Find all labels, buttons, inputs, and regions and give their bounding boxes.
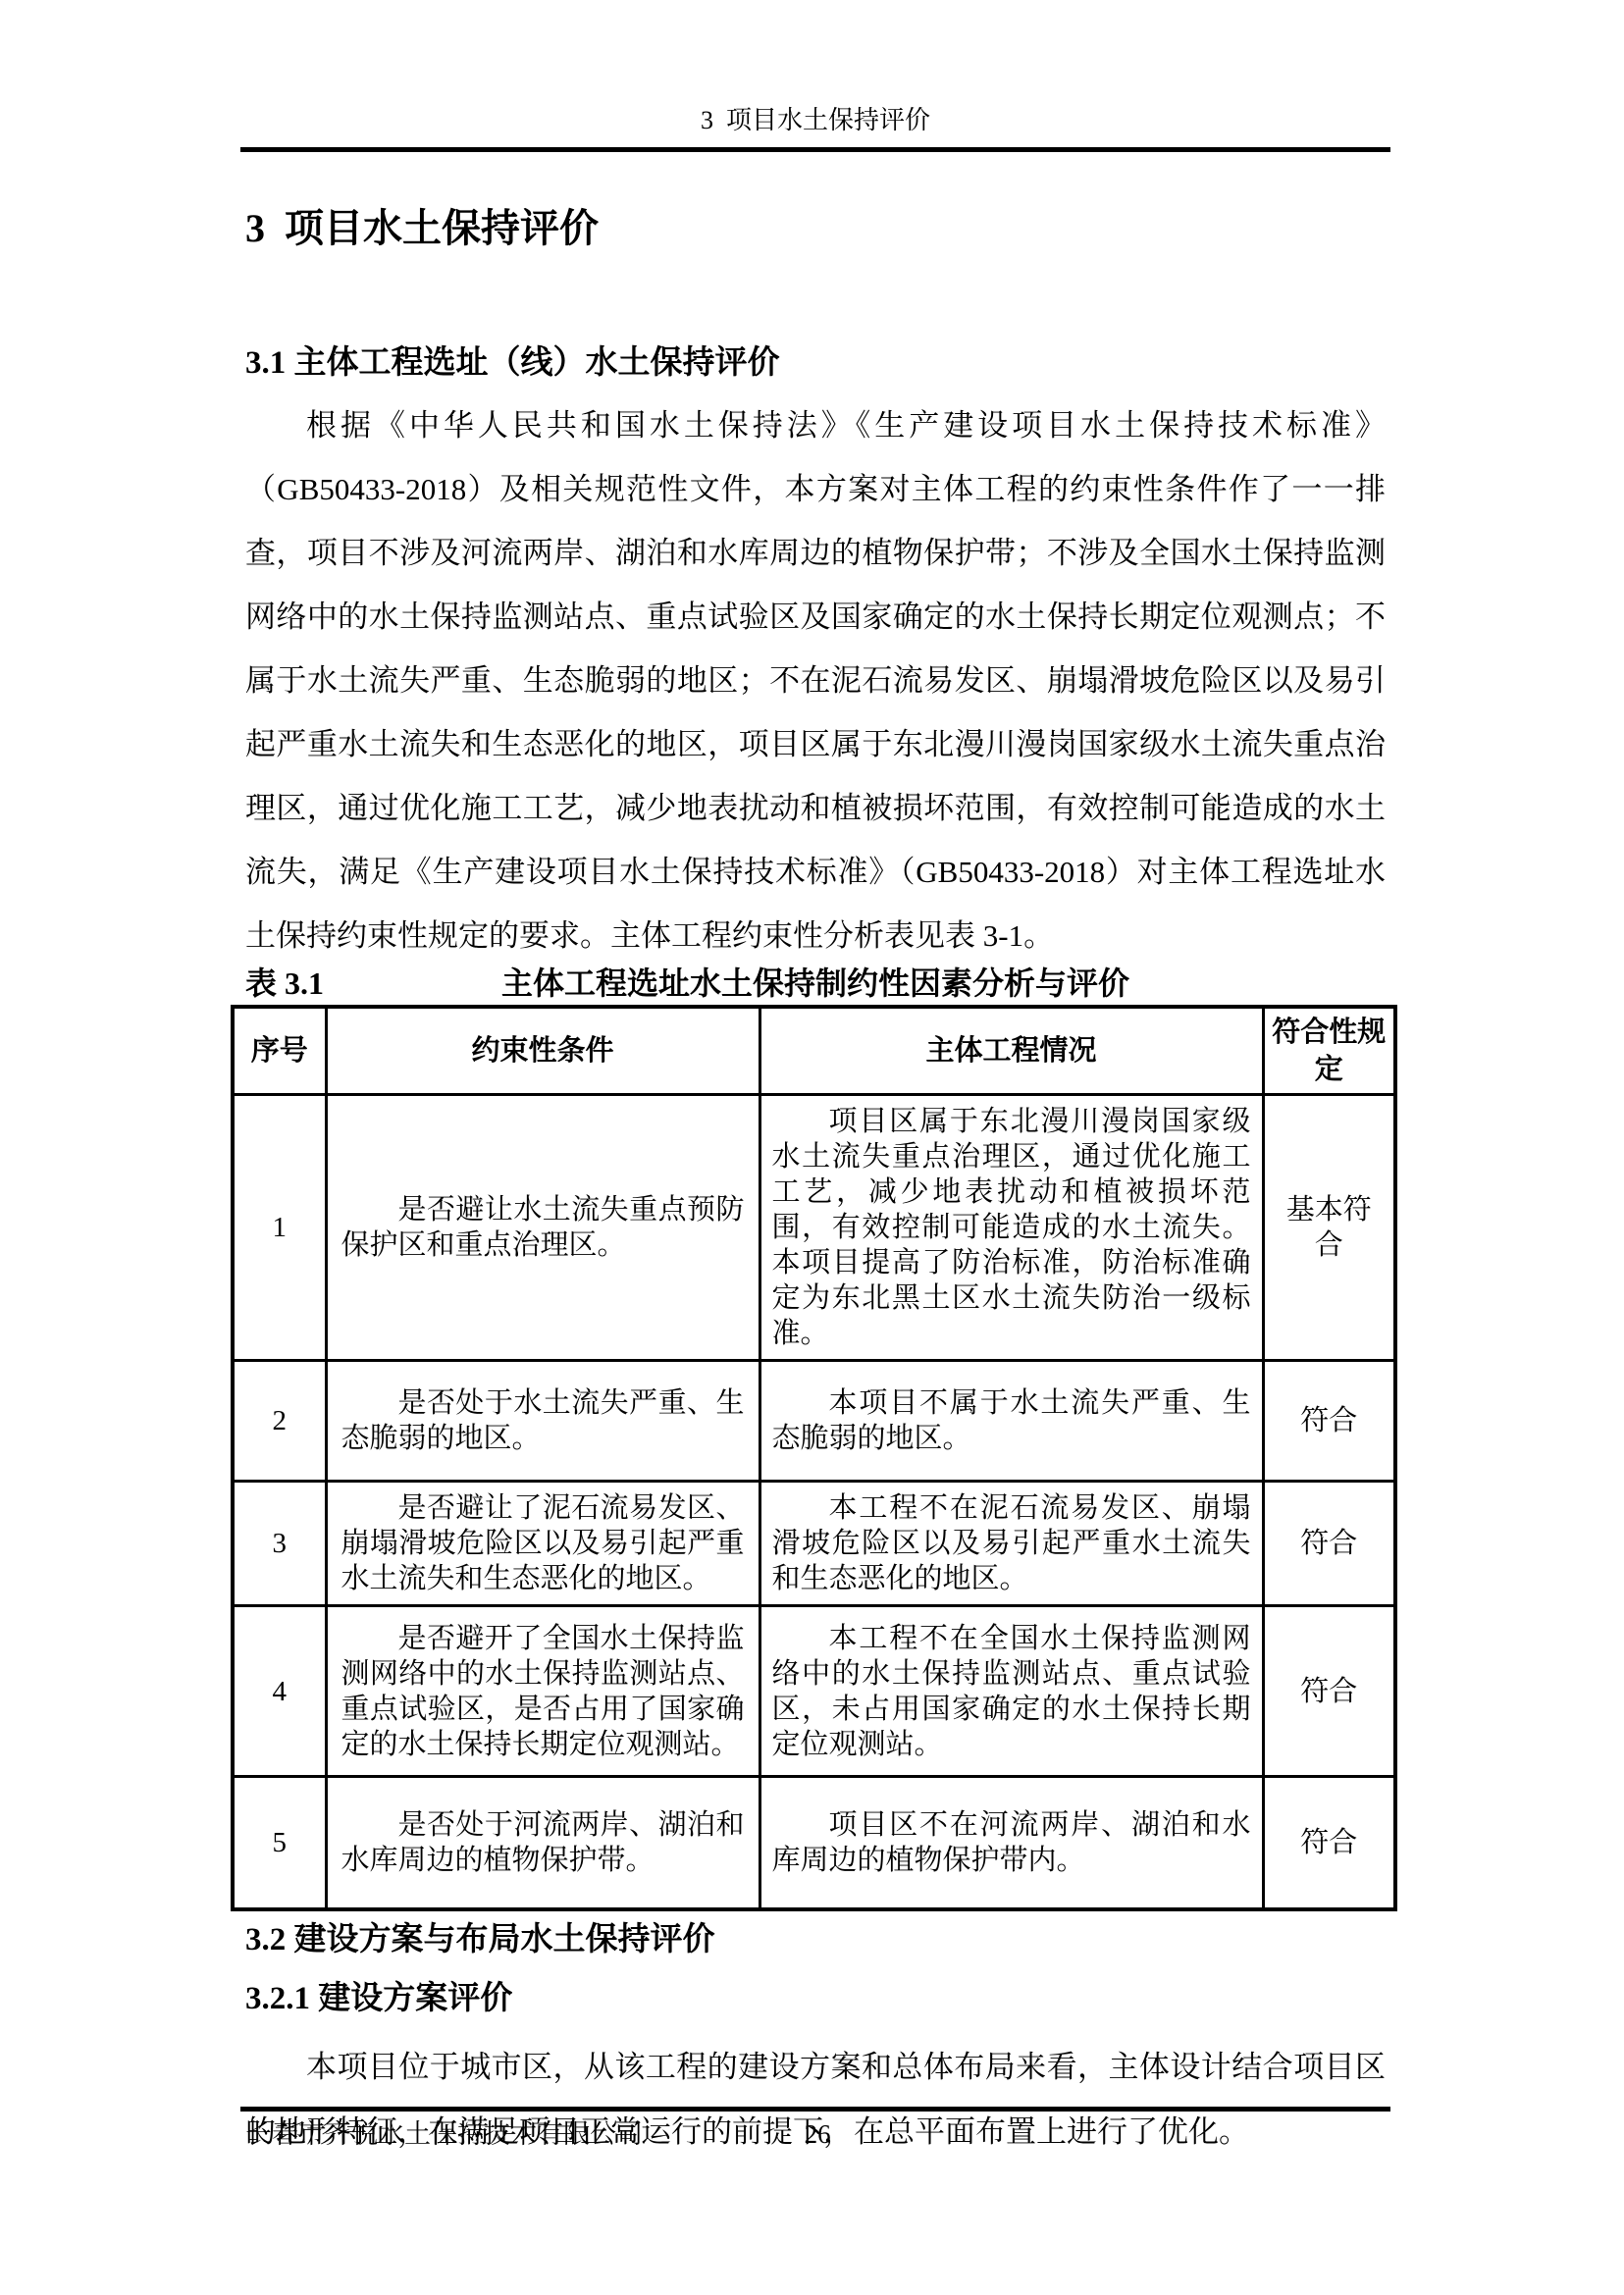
row1-condition: 是否避让水土流失重点预防保护区和重点治理区。 <box>326 1095 760 1361</box>
header-rule <box>240 147 1390 152</box>
document-title: 3 项目水土保持评价 <box>245 203 1386 254</box>
page-body: 3 项目水土保持评价 3.1 主体工程选址（线）水土保持评价 根据《中华人民共和… <box>245 191 1386 2165</box>
row5-no: 5 <box>233 1777 326 1909</box>
row3-condition: 是否避让了泥石流易发区、崩塌滑坡危险区以及易引起严重水土流失和生态恶化的地区。 <box>326 1482 760 1606</box>
row2-no: 2 <box>233 1361 326 1482</box>
column-header-situation: 主体工程情况 <box>760 1007 1263 1095</box>
row4-situation: 本工程不在全国水土保持监测网络中的水土保持监测站点、重点试验区，未占用国家确定的… <box>760 1606 1263 1777</box>
row1-compliance: 基本符合 <box>1263 1095 1395 1361</box>
table-row: 2 是否处于水土流失严重、生态脆弱的地区。 本项目不属于水土流失严重、生态脆弱的… <box>233 1361 1395 1482</box>
section-heading-3-2: 3.2 建设方案与布局水土保持评价 <box>245 1919 1386 1960</box>
column-header-condition: 约束性条件 <box>326 1007 760 1095</box>
table-row: 5 是否处于河流两岸、湖泊和水库周边的植物保护带。 项目区不在河流两岸、湖泊和水… <box>233 1777 1395 1909</box>
page-footer: 长春市齐悦水土保持技术有限公司 26 <box>245 2116 1386 2152</box>
table-row: 1 是否避让水土流失重点预防保护区和重点治理区。 项目区属于东北漫川漫岗国家级水… <box>233 1095 1395 1361</box>
row2-condition: 是否处于水土流失严重、生态脆弱的地区。 <box>326 1361 760 1482</box>
row1-situation: 项目区属于东北漫川漫岗国家级水土流失重点治理区，通过优化施工工艺，减少地表扰动和… <box>760 1095 1263 1361</box>
table-caption-label: 表 3.1 <box>245 962 324 1005</box>
footer-rule <box>240 2107 1390 2112</box>
constraints-table: 序号 约束性条件 主体工程情况 符合性规定 1 是否避让水土流失重点预防保护区和… <box>231 1005 1397 1911</box>
section-heading-3-2-1: 3.2.1 建设方案评价 <box>245 1978 1386 2019</box>
table-row: 4 是否避开了全国水土保持监测网络中的水土保持监测站点、重点试验区，是否占用了国… <box>233 1606 1395 1777</box>
row5-situation: 项目区不在河流两岸、湖泊和水库周边的植物保护带内。 <box>760 1777 1263 1909</box>
row4-condition: 是否避开了全国水土保持监测网络中的水土保持监测站点、重点试验区，是否占用了国家确… <box>326 1606 760 1777</box>
table-caption-title: 主体工程选址水土保持制约性因素分析与评价 <box>501 965 1129 1001</box>
row5-condition: 是否处于河流两岸、湖泊和水库周边的植物保护带。 <box>326 1777 760 1909</box>
row5-compliance: 符合 <box>1263 1777 1395 1909</box>
paragraph-3-1: 根据《中华人民共和国水土保持法》《生产建设项目水土保持技术标准》（GB50433… <box>245 393 1386 967</box>
row3-no: 3 <box>233 1482 326 1606</box>
table-caption: 表 3.1 主体工程选址水土保持制约性因素分析与评价 <box>245 962 1386 1005</box>
document-page: 3 项目水土保持评价 3 项目水土保持评价 3.1 主体工程选址（线）水土保持评… <box>0 0 1624 2295</box>
row3-situation: 本工程不在泥石流易发区、崩塌滑坡危险区以及易引起严重水土流失和生态恶化的地区。 <box>760 1482 1263 1606</box>
running-header-title: 3 项目水土保持评价 <box>240 104 1390 137</box>
table-header-row: 序号 约束性条件 主体工程情况 符合性规定 <box>233 1007 1395 1095</box>
table-row: 3 是否避让了泥石流易发区、崩塌滑坡危险区以及易引起严重水土流失和生态恶化的地区… <box>233 1482 1395 1606</box>
footer-company: 长春市齐悦水土保持技术有限公司 <box>245 2119 643 2149</box>
row4-no: 4 <box>233 1606 326 1777</box>
footer-page-number: 26 <box>805 2116 831 2152</box>
row4-compliance: 符合 <box>1263 1606 1395 1777</box>
row3-compliance: 符合 <box>1263 1482 1395 1606</box>
row2-situation: 本项目不属于水土流失严重、生态脆弱的地区。 <box>760 1361 1263 1482</box>
column-header-compliance: 符合性规定 <box>1263 1007 1395 1095</box>
section-heading-3-1: 3.1 主体工程选址（线）水土保持评价 <box>245 342 1386 384</box>
row1-no: 1 <box>233 1095 326 1361</box>
row2-compliance: 符合 <box>1263 1361 1395 1482</box>
column-header-no: 序号 <box>233 1007 326 1095</box>
